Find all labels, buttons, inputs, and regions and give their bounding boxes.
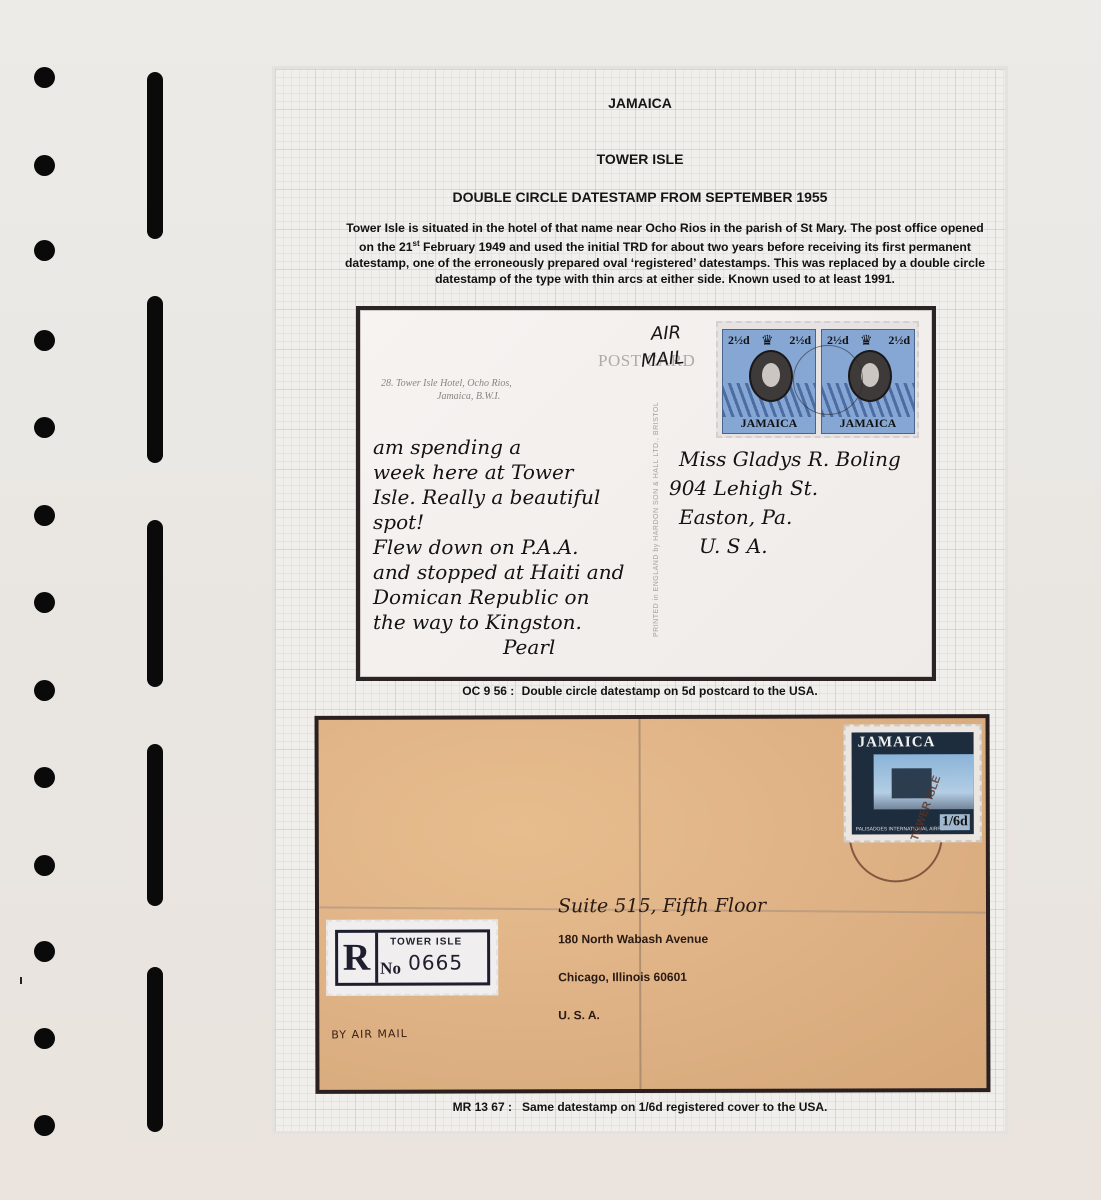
page-subtitle: TOWER ISLE xyxy=(272,151,1008,167)
registration-number: 0665 xyxy=(408,950,463,974)
registered-r: R xyxy=(338,933,378,983)
binder-slot xyxy=(147,967,163,1132)
binder-hole xyxy=(34,240,55,261)
binder-hole xyxy=(34,767,55,788)
registration-label: R TOWER ISLE No 0665 xyxy=(326,919,498,995)
postcard-caption: OC 9 56 : Double circle datestamp on 5d … xyxy=(272,684,1008,698)
handwritten-message: am spending a week here at Tower Isle. R… xyxy=(373,435,663,660)
binder-hole xyxy=(34,680,55,701)
handwritten-air: AIR xyxy=(650,322,681,345)
binder-hole xyxy=(34,1028,55,1049)
envelope-mount: JAMAICA PALISADOES INTERNATIONAL AIRPORT… xyxy=(315,714,991,1094)
page-title: JAMAICA xyxy=(272,95,1008,111)
registered-envelope: JAMAICA PALISADOES INTERNATIONAL AIRPORT… xyxy=(319,718,987,1090)
crown-icon: ♛ xyxy=(860,332,873,349)
binder-hole xyxy=(34,941,55,962)
binder-slot xyxy=(147,520,163,687)
binder-hole xyxy=(34,417,55,438)
postcard-printed-caption: 28. Tower Isle Hotel, Ocho Rios, Jamaica… xyxy=(381,377,512,403)
printed-address: Suite 515, Fifth Floor 180 North Wabash … xyxy=(558,895,766,1047)
binder-hole xyxy=(34,505,55,526)
page-mark xyxy=(20,977,22,984)
intro-paragraph: Tower Isle is situated in the hotel of t… xyxy=(340,220,990,287)
handwritten-mail: MAIL xyxy=(640,347,685,372)
binder-hole xyxy=(34,67,55,88)
binder-slot xyxy=(147,296,163,463)
envelope-caption: MR 13 67 : Same datestamp on 1/6d regist… xyxy=(272,1100,1008,1114)
binder-hole xyxy=(34,855,55,876)
binder-hole xyxy=(34,592,55,613)
postcard-mount: 28. Tower Isle Hotel, Ocho Rios, Jamaica… xyxy=(356,306,936,681)
handwritten-address: Miss Gladys R. Boling 904 Lehigh St. Eas… xyxy=(679,445,901,561)
binder-hole xyxy=(34,1115,55,1136)
binder-hole xyxy=(34,330,55,351)
crown-icon: ♛ xyxy=(761,332,774,349)
queen-portrait xyxy=(749,350,793,402)
stamp-pair: 2½d ♛ 2½d JAMAICA 2½d ♛ 2½d JAMAICA xyxy=(716,321,919,438)
binder-slot xyxy=(147,744,163,906)
binder-hole xyxy=(34,155,55,176)
double-circle-cancel xyxy=(793,345,863,415)
binder-slot xyxy=(147,72,163,239)
postcard: 28. Tower Isle Hotel, Ocho Rios, Jamaica… xyxy=(360,310,932,677)
handwritten-by-air-mail: BY AIR MAIL xyxy=(331,1027,408,1042)
page-heading: DOUBLE CIRCLE DATESTAMP FROM SEPTEMBER 1… xyxy=(272,189,1008,205)
